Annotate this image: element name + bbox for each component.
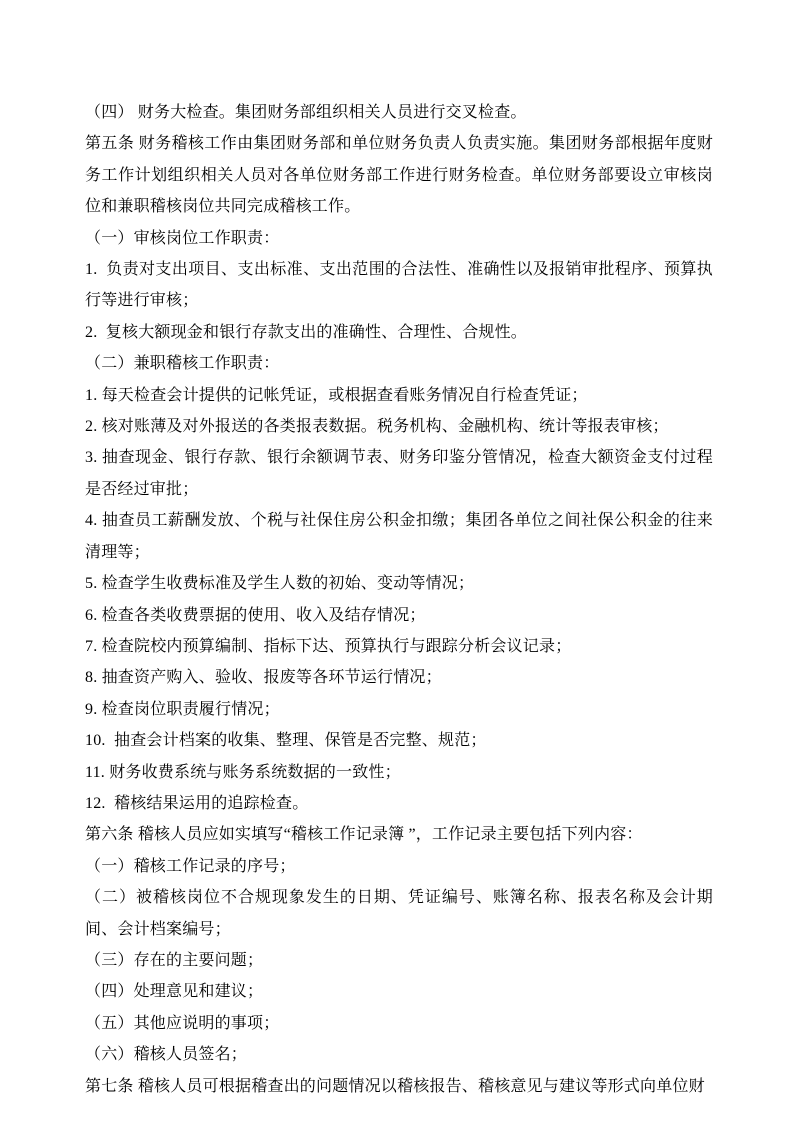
paragraph: 5. 检查学生收费标准及学生人数的初始、变动等情况；	[85, 568, 713, 599]
paragraph: 3. 抽查现金、银行存款、银行余额调节表、财务印鉴分管情况，检查大额资金支付过程…	[85, 442, 713, 505]
paragraph: 第六条 稽核人员应如实填写“稽核工作记录簿 ”，工作记录主要包括下列内容：	[85, 819, 713, 850]
paragraph: 8. 抽查资产购入、验收、报废等各环节运行情况；	[85, 662, 713, 693]
paragraph: 12. 稽核结果运用的追踪检查。	[85, 788, 713, 819]
paragraph: 1. 负责对支出项目、支出标准、支出范围的合法性、准确性以及报销审批程序、预算执…	[85, 254, 713, 317]
paragraph: 9. 检查岗位职责履行情况；	[85, 694, 713, 725]
document-page: （四） 财务大检查。集团财务部组织相关人员进行交叉检查。第五条 财务稽核工作由集…	[0, 0, 793, 1122]
paragraph: （四） 财务大检查。集团财务部组织相关人员进行交叉检查。	[85, 97, 713, 128]
paragraph: 6. 检查各类收费票据的使用、收入及结存情况；	[85, 600, 713, 631]
paragraph: （二）兼职稽核工作职责：	[85, 348, 713, 379]
paragraph: 2. 核对账薄及对外报送的各类报表数据。税务机构、金融机构、统计等报表审核；	[85, 411, 713, 442]
paragraph: 10. 抽查会计档案的收集、整理、保管是否完整、规范；	[85, 725, 713, 756]
paragraph: （五）其他应说明的事项；	[85, 1008, 713, 1039]
paragraph: 4. 抽查员工薪酬发放、个税与社保住房公积金扣缴；集团各单位之间社保公积金的往来…	[85, 505, 713, 568]
paragraph: （三）存在的主要问题；	[85, 945, 713, 976]
paragraph: 第七条 稽核人员可根据稽查出的问题情况以稽核报告、稽核意见与建议等形式向单位财	[85, 1071, 713, 1102]
document-body-text: （四） 财务大检查。集团财务部组织相关人员进行交叉检查。第五条 财务稽核工作由集…	[85, 97, 713, 1102]
paragraph: （六）稽核人员签名；	[85, 1039, 713, 1070]
paragraph: 11. 财务收费系统与账务系统数据的一致性；	[85, 757, 713, 788]
paragraph: 2. 复核大额现金和银行存款支出的准确性、合理性、合规性。	[85, 317, 713, 348]
paragraph: （一）审核岗位工作职责：	[85, 223, 713, 254]
paragraph: 7. 检查院校内预算编制、指标下达、预算执行与跟踪分析会议记录；	[85, 631, 713, 662]
paragraph: （二）被稽核岗位不合规现象发生的日期、凭证编号、账簿名称、报表名称及会计期间、会…	[85, 882, 713, 945]
paragraph: 第五条 财务稽核工作由集团财务部和单位财务负责人负责实施。集团财务部根据年度财务…	[85, 128, 713, 222]
paragraph: （一）稽核工作记录的序号；	[85, 851, 713, 882]
paragraph: （四）处理意见和建议；	[85, 976, 713, 1007]
paragraph: 1. 每天检查会计提供的记帐凭证，或根据查看账务情况自行检查凭证；	[85, 380, 713, 411]
